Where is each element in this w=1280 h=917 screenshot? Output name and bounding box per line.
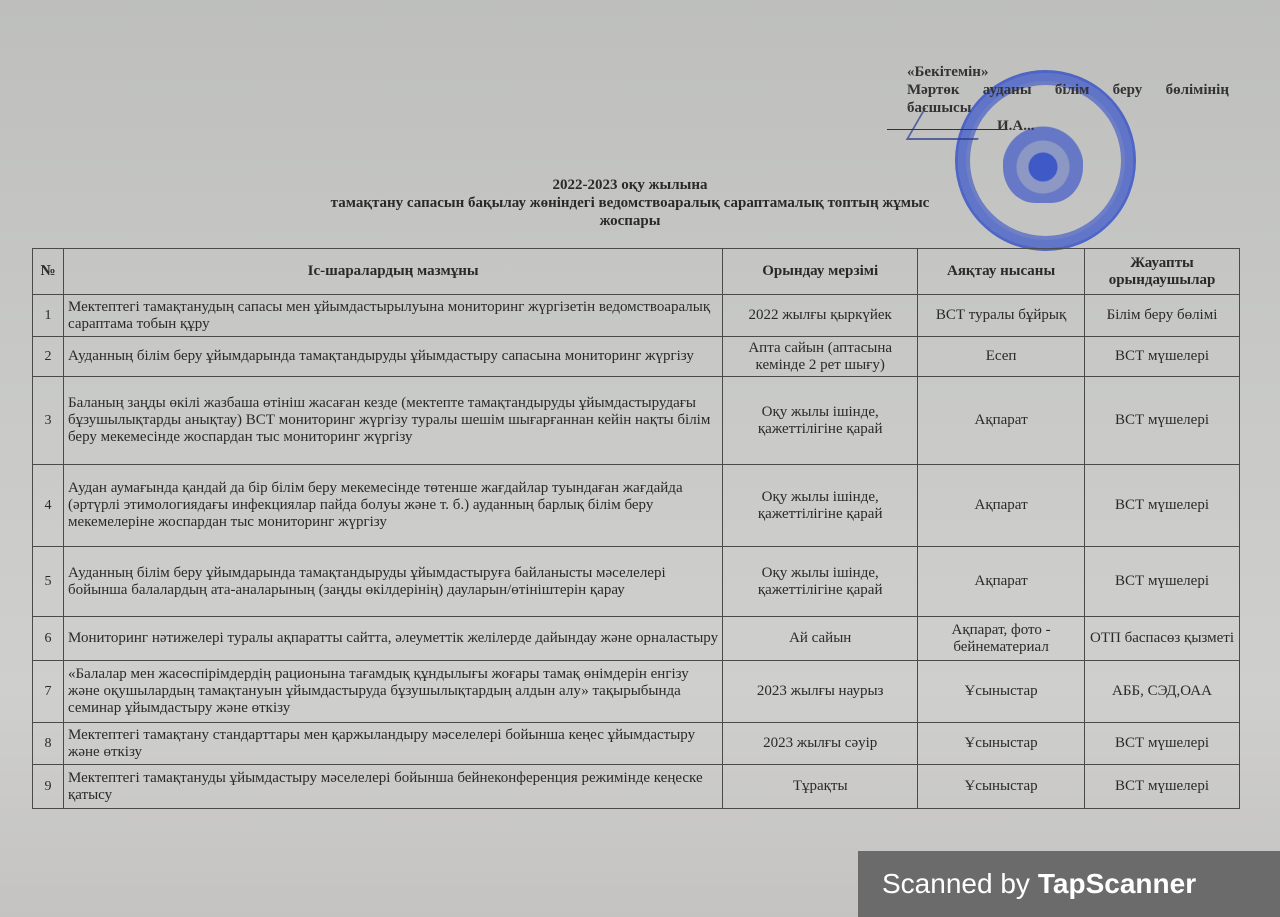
row-responsible: ОТП баспасөз қызметі (1085, 617, 1240, 661)
scanner-watermark: Scanned by TapScanner (858, 851, 1280, 917)
approval-block: «Бекітемін» Мәртөк ауданы білім беру бөл… (907, 63, 1229, 117)
row-completion-form: Есеп (918, 337, 1085, 377)
row-number: 6 (33, 617, 64, 661)
row-completion-form: Ұсыныстар (918, 661, 1085, 723)
row-number: 1 (33, 295, 64, 337)
row-content: Мектептегі тамақтанудың сапасы мен ұйымд… (63, 295, 722, 337)
row-content: Ауданның білім беру ұйымдарында тамақтан… (63, 337, 722, 377)
row-content: Аудан аумағында қандай да бір білім беру… (63, 465, 722, 547)
table-row: 7«Балалар мен жасөспірімдердің рационына… (33, 661, 1240, 723)
approval-label: «Бекітемін» (907, 63, 1229, 81)
row-number: 3 (33, 377, 64, 465)
signer-name: И.А... (997, 117, 1035, 135)
title-line-1: 2022-2023 оқу жылына (240, 176, 1020, 194)
row-responsible: ВСТ мүшелері (1085, 547, 1240, 617)
table-row: 5Ауданның білім беру ұйымдарында тамақта… (33, 547, 1240, 617)
row-responsible: АББ, СЭД,ОАА (1085, 661, 1240, 723)
row-deadline: Тұрақты (723, 765, 918, 809)
approval-position: Мәртөк ауданы білім беру бөлімінің (907, 81, 1229, 99)
watermark-brand: TapScanner (1038, 868, 1196, 900)
row-completion-form: Ұсыныстар (918, 723, 1085, 765)
table-row: 6Мониторинг нәтижелері туралы ақпаратты … (33, 617, 1240, 661)
table-row: 4Аудан аумағында қандай да бір білім бер… (33, 465, 1240, 547)
row-content: «Балалар мен жасөспірімдердің рационына … (63, 661, 722, 723)
row-content: Мектептегі тамақтану стандарттары мен қа… (63, 723, 722, 765)
table-row: 9Мектептегі тамақтануды ұйымдастыру мәсе… (33, 765, 1240, 809)
title-line-3: жоспары (240, 212, 1020, 230)
table-row: 8Мектептегі тамақтану стандарттары мен қ… (33, 723, 1240, 765)
header-deadline: Орындау мерзімі (723, 249, 918, 295)
row-deadline: 2022 жылғы қыркүйек (723, 295, 918, 337)
row-deadline: 2023 жылғы наурыз (723, 661, 918, 723)
table-row: 3Баланың заңды өкілі жазбаша өтініш жаса… (33, 377, 1240, 465)
row-completion-form: Ұсыныстар (918, 765, 1085, 809)
row-number: 8 (33, 723, 64, 765)
watermark-prefix: Scanned by (882, 868, 1030, 900)
row-number: 5 (33, 547, 64, 617)
row-deadline: 2023 жылғы сәуір (723, 723, 918, 765)
row-responsible: ВСТ мүшелері (1085, 765, 1240, 809)
row-responsible: ВСТ мүшелері (1085, 377, 1240, 465)
row-number: 7 (33, 661, 64, 723)
table-row: 2Ауданның білім беру ұйымдарында тамақта… (33, 337, 1240, 377)
signature-line (887, 129, 1007, 130)
row-responsible: ВСТ мүшелері (1085, 465, 1240, 547)
row-deadline: Оқу жылы ішінде, қажеттілігіне қарай (723, 465, 918, 547)
row-number: 9 (33, 765, 64, 809)
row-responsible: Білім беру бөлімі (1085, 295, 1240, 337)
row-responsible: ВСТ мүшелері (1085, 337, 1240, 377)
row-deadline: Оқу жылы ішінде, қажеттілігіне қарай (723, 377, 918, 465)
row-deadline: Оқу жылы ішінде, қажеттілігіне қарай (723, 547, 918, 617)
header-number: № (33, 249, 64, 295)
row-number: 2 (33, 337, 64, 377)
row-completion-form: Ақпарат (918, 547, 1085, 617)
row-deadline: Апта сайын (аптасына кемінде 2 рет шығу) (723, 337, 918, 377)
row-content: Мектептегі тамақтануды ұйымдастыру мәсел… (63, 765, 722, 809)
row-number: 4 (33, 465, 64, 547)
row-completion-form: ВСТ туралы бұйрық (918, 295, 1085, 337)
row-completion-form: Ақпарат (918, 377, 1085, 465)
title-line-2: тамақтану сапасын бақылау жөніндегі ведо… (240, 194, 1020, 212)
table-header-row: № Іс-шаралардың мазмұны Орындау мерзімі … (33, 249, 1240, 295)
approval-position-cont: басшысы (907, 99, 1229, 117)
row-completion-form: Ақпарат, фото - бейнематериал (918, 617, 1085, 661)
row-content: Баланың заңды өкілі жазбаша өтініш жасағ… (63, 377, 722, 465)
table-row: 1Мектептегі тамақтанудың сапасы мен ұйым… (33, 295, 1240, 337)
row-deadline: Ай сайын (723, 617, 918, 661)
work-plan-table: № Іс-шаралардың мазмұны Орындау мерзімі … (32, 248, 1240, 809)
row-completion-form: Ақпарат (918, 465, 1085, 547)
row-content: Мониторинг нәтижелері туралы ақпаратты с… (63, 617, 722, 661)
row-content: Ауданның білім беру ұйымдарында тамақтан… (63, 547, 722, 617)
header-responsible: Жауапты орындаушылар (1085, 249, 1240, 295)
document-title: 2022-2023 оқу жылына тамақтану сапасын б… (240, 176, 1020, 230)
row-responsible: ВСТ мүшелері (1085, 723, 1240, 765)
header-content: Іс-шаралардың мазмұны (63, 249, 722, 295)
header-form: Аяқтау нысаны (918, 249, 1085, 295)
